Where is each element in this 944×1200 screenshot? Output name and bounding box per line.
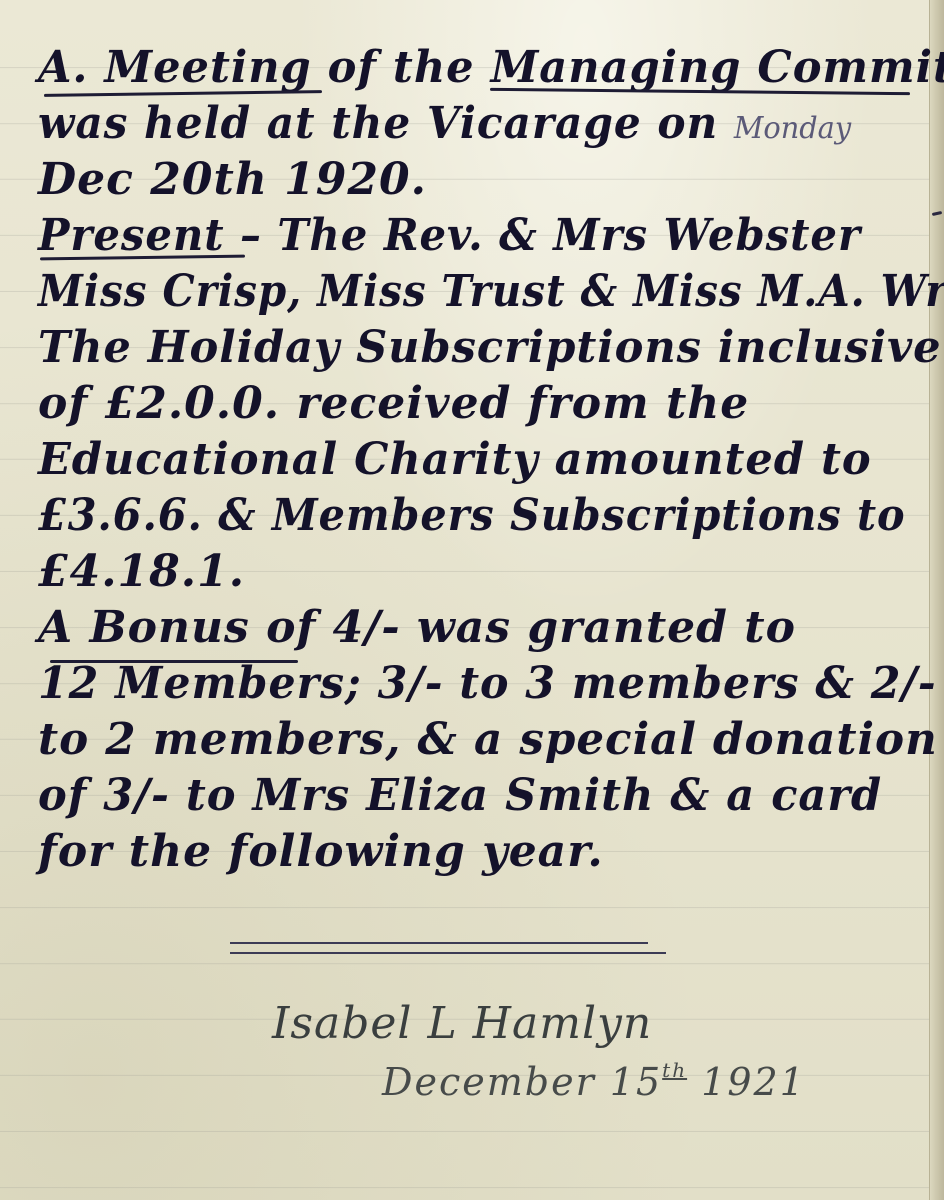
line-text: was held at the Vicarage on <box>38 98 718 149</box>
line-text: of £2.0.0. received from the <box>38 378 749 429</box>
minutes-line-14: of 3/- to Mrs Eliza Smith & a card <box>38 768 910 824</box>
minutes-line-8: Educational Charity amounted to <box>38 432 910 488</box>
book-binding-edge <box>929 0 944 1200</box>
minutes-line-2: was held at the Vicarage on Monday <box>38 96 892 152</box>
signature: Isabel L Hamlyn <box>272 998 652 1049</box>
minutes-heading: A. Meeting of the Managing Committee <box>38 40 910 96</box>
heading-text: A. Meeting of the Managing Committee <box>38 42 944 93</box>
minutes-line-13: to 2 members, & a special donation <box>38 712 919 768</box>
signature-date-day: December 15 <box>382 1060 662 1104</box>
minutes-line-10: £4.18.1. <box>38 544 928 600</box>
meeting-date: Dec 20th 1920. <box>38 154 427 205</box>
ink-mark <box>932 211 942 216</box>
minutes-line-3: Dec 20th 1920. <box>38 152 928 208</box>
line-text: £3.6.6. & Members Subscriptions to <box>38 490 906 541</box>
document-page: A. Meeting of the Managing Committee was… <box>0 0 944 1200</box>
bonus-underline <box>50 660 298 663</box>
minutes-line-7: of £2.0.0. received from the <box>38 376 928 432</box>
line-text: Educational Charity amounted to <box>38 434 872 485</box>
minutes-line-6: The Holiday Subscriptions inclusive <box>38 320 910 376</box>
meeting-minutes: A. Meeting of the Managing Committee was… <box>38 40 928 880</box>
closing-rule-bottom <box>230 952 666 954</box>
signature-date-year: 1921 <box>701 1060 806 1104</box>
minutes-line-5: Miss Crisp, Miss Trust & Miss M.A. Wrigh… <box>38 264 857 320</box>
line-text: of 3/- to Mrs Eliza Smith & a card <box>38 770 882 821</box>
minutes-line-15: for the following year. <box>38 824 928 880</box>
present-list-1: Present – The Rev. & Mrs Webster <box>38 210 861 261</box>
signature-name: Isabel L Hamlyn <box>272 998 652 1049</box>
minutes-line-12: 12 Members; 3/- to 3 members & 2/- <box>38 656 901 712</box>
minutes-line-11: A Bonus of 4/- was granted to <box>38 600 928 656</box>
line-text: for the following year. <box>38 826 604 877</box>
bonus-heading: A Bonus of 4/- was granted to <box>38 602 796 653</box>
line-text: The Holiday Subscriptions inclusive <box>38 322 942 373</box>
members-subscription-amount: £4.18.1. <box>38 546 245 597</box>
ordinal-suffix: th <box>662 1058 687 1082</box>
present-list-2: Miss Crisp, Miss Trust & Miss M.A. Wrigh… <box>38 266 944 317</box>
minutes-line-9: £3.6.6. & Members Subscriptions to <box>38 488 875 544</box>
signature-date: December 15th 1921 <box>382 1060 806 1104</box>
closing-rule-top <box>230 942 648 944</box>
line-text: to 2 members, & a special donation <box>38 714 938 765</box>
pencil-annotation: Monday <box>734 111 851 146</box>
line-text: 12 Members; 3/- to 3 members & 2/- <box>38 658 937 709</box>
